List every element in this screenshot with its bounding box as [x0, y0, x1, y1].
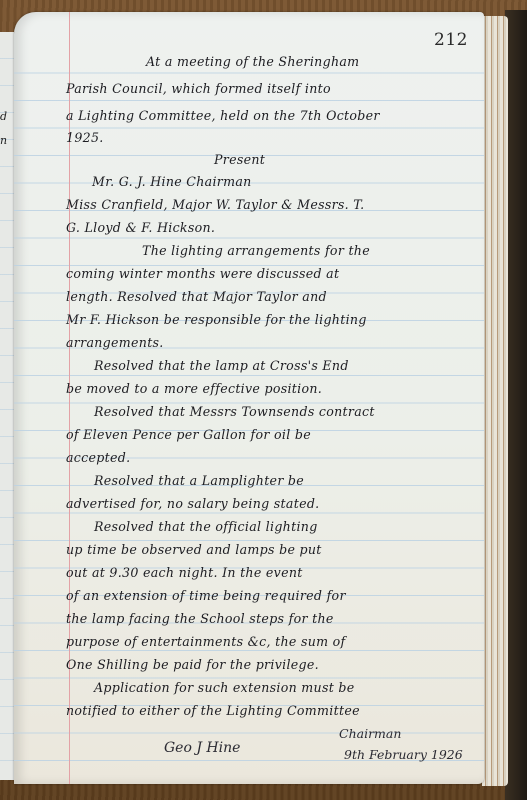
signature-name: Geo J Hine — [164, 740, 240, 756]
minutes-line: 1925. — [66, 130, 104, 145]
minutes-line: At a meeting of the Sheringham — [146, 54, 359, 69]
page-number: 212 — [434, 30, 468, 50]
minutes-line: arrangements. — [66, 335, 164, 350]
minutes-line: Mr F. Hickson be responsible for the lig… — [66, 312, 367, 327]
minutes-line: Resolved that the official lighting — [94, 519, 318, 534]
minutes-line: the lamp facing the School steps for the — [66, 611, 334, 626]
minutes-line: Resolved that a Lamplighter be — [94, 473, 304, 488]
signature-title: Chairman — [339, 726, 401, 741]
minutes-line: purpose of entertainments &c, the sum of — [66, 634, 346, 649]
minutes-line: Miss Cranfield, Major W. Taylor & Messrs… — [66, 197, 364, 212]
minutes-line: G. Lloyd & F. Hickson. — [66, 220, 215, 235]
minutes-line: of an extension of time being required f… — [66, 588, 346, 603]
minutes-line: be moved to a more effective position. — [66, 381, 322, 396]
previous-page-fragment: d — [0, 110, 7, 123]
minutes-line: The lighting arrangements for the — [142, 243, 370, 258]
minutes-line: length. Resolved that Major Taylor and — [66, 289, 327, 304]
page-stack-edge — [482, 16, 508, 786]
minutes-line: out at 9.30 each night. In the event — [66, 565, 303, 580]
minutes-line: One Shilling be paid for the privilege. — [66, 657, 319, 672]
previous-page-fragment: n — [0, 134, 7, 147]
minutes-line: Resolved that the lamp at Cross's End — [94, 358, 349, 373]
minutes-line: Parish Council, which formed itself into — [66, 81, 331, 96]
minutes-line: Resolved that Messrs Townsends contract — [94, 404, 375, 419]
signature-date: 9th February 1926 — [344, 747, 463, 762]
present-heading: Present — [214, 152, 265, 167]
ledger-page: 212 At a meeting of the Sheringham Paris… — [14, 12, 484, 784]
minutes-line: Application for such extension must be — [94, 680, 355, 695]
minutes-line: up time be observed and lamps be put — [66, 542, 322, 557]
minutes-line: of Eleven Pence per Gallon for oil be — [66, 427, 311, 442]
minutes-line: a Lighting Committee, held on the 7th Oc… — [66, 108, 380, 123]
minutes-line: advertised for, no salary being stated. — [66, 496, 319, 511]
minutes-line: coming winter months were discussed at — [66, 266, 339, 281]
minutes-line: Mr. G. J. Hine Chairman — [92, 174, 252, 189]
minutes-line: notified to either of the Lighting Commi… — [66, 703, 360, 718]
book-cover-edge — [505, 10, 527, 800]
minutes-line: accepted. — [66, 450, 130, 465]
